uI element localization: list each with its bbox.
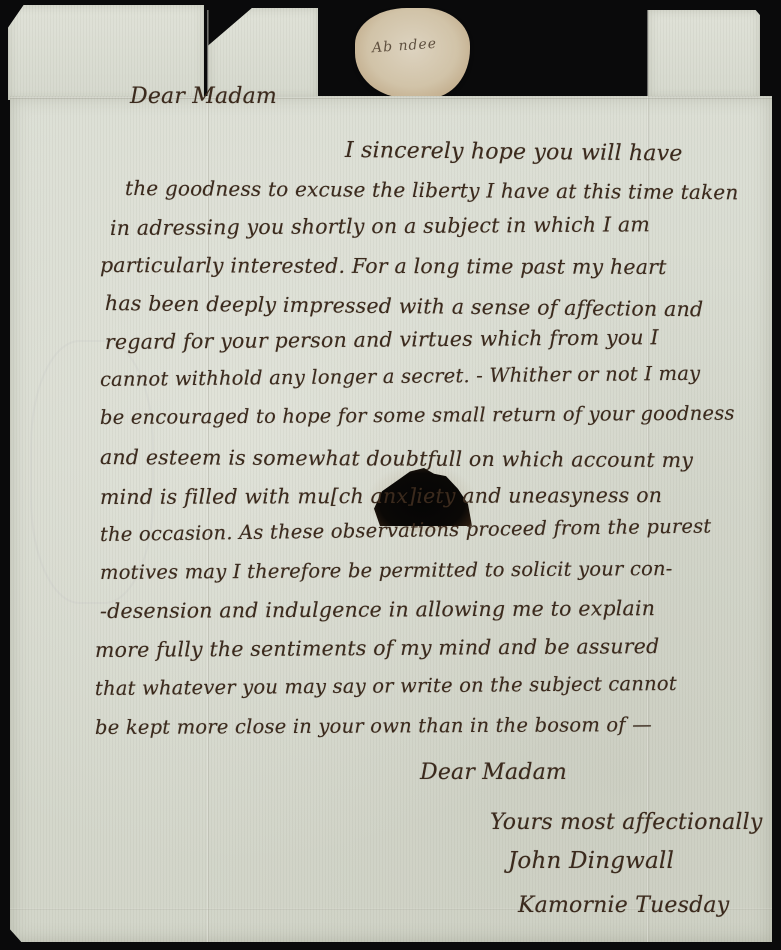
scan-background: Ab ndee Dear Madam I sincerely hope you … xyxy=(0,0,781,950)
letter-line: particularly interested. For a long time… xyxy=(100,255,667,277)
letter-line: be encouraged to hope for some small ret… xyxy=(100,404,735,428)
letter-line: more fully the sentiments of my mind and… xyxy=(95,636,660,660)
letter-valediction: Yours most affectionally xyxy=(490,812,763,834)
letter-place-date: Kamornie Tuesday xyxy=(518,895,729,917)
letter-signature: John Dingwall xyxy=(508,850,674,873)
fold-line-vertical-left xyxy=(207,10,209,942)
letter-line: be kept more close in your own than in t… xyxy=(95,715,652,737)
letter-line: -desension and indulgence in allowing me… xyxy=(100,598,655,621)
paper-flap-right xyxy=(648,10,760,98)
letter-line: has been deeply impressed with a sense o… xyxy=(105,293,703,320)
fold-line-horizontal-top xyxy=(10,97,772,99)
letter-salutation: Dear Madam xyxy=(130,86,277,108)
letter-line: in adressing you shortly on a subject in… xyxy=(110,214,650,238)
letter-line: and esteem is somewhat doubtfull on whic… xyxy=(100,447,693,471)
letter-line: that whatever you may say or write on th… xyxy=(95,674,677,699)
letter-line: regard for your person and virtues which… xyxy=(105,327,659,352)
letter-line: I sincerely hope you will have xyxy=(345,140,683,166)
letter-line: cannot withhold any longer a secret. - W… xyxy=(100,364,701,390)
letter-line: mind is filled with mu[ch anx]iety and u… xyxy=(100,485,662,507)
closing-salutation: Dear Madam xyxy=(420,762,567,784)
letter-line: motives may I therefore be permitted to … xyxy=(100,559,673,582)
letter-line: the goodness to excuse the liberty I hav… xyxy=(125,178,739,202)
